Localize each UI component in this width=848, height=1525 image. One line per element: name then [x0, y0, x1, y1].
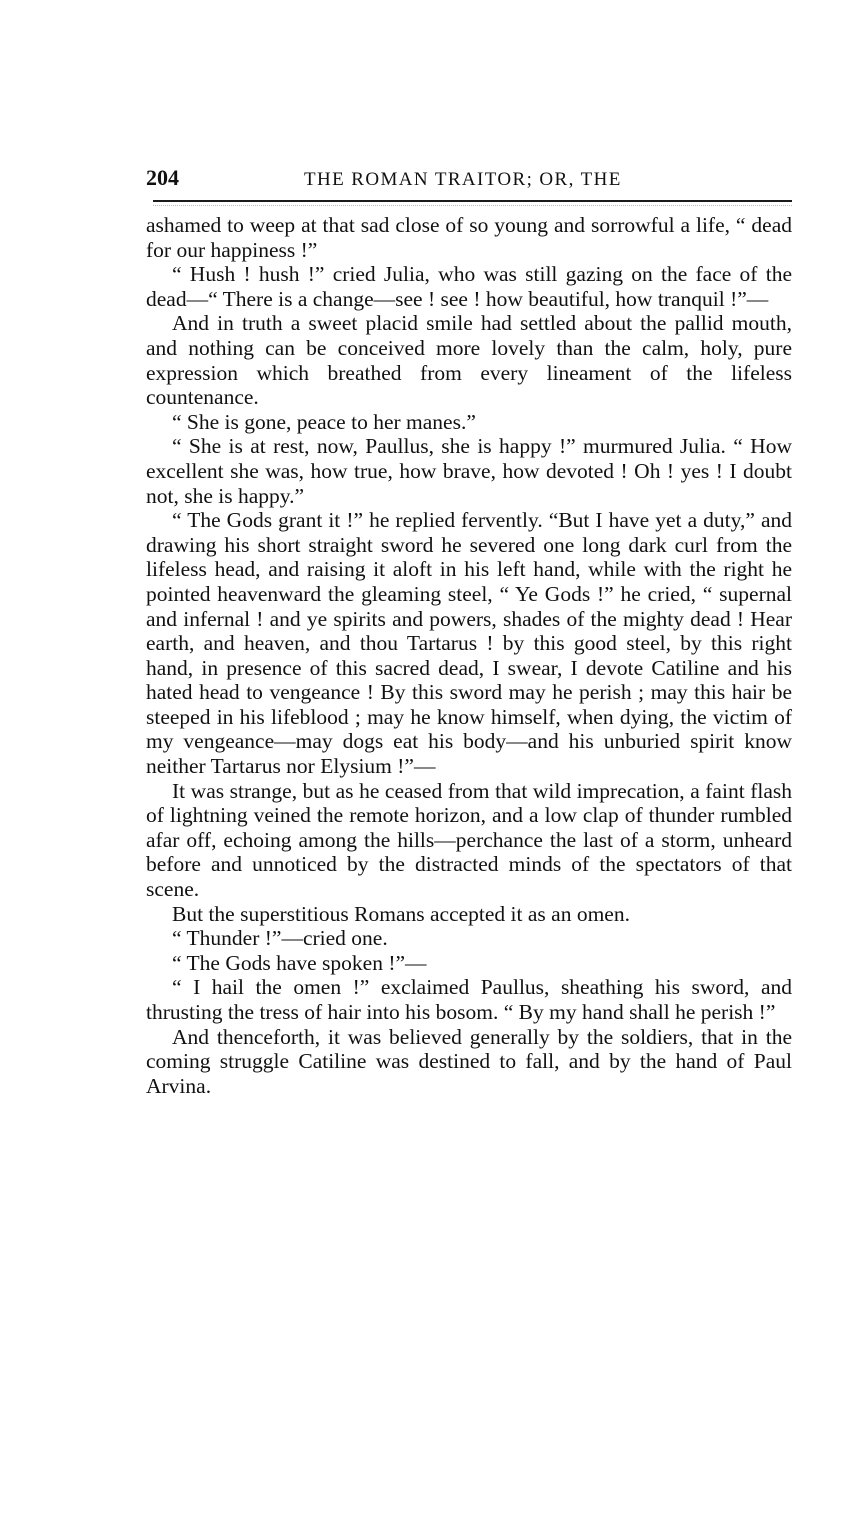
- paragraph: But the superstitious Romans accepted it…: [146, 902, 792, 927]
- running-title: THE ROMAN TRAITOR; OR, THE: [304, 169, 622, 191]
- paragraph-continuation: ashamed to weep at that sad close of so …: [146, 213, 792, 262]
- page-number: 204: [146, 165, 179, 191]
- header-rule-dots: [153, 205, 792, 207]
- paragraph: “ I hail the omen !” exclaimed Paullus, …: [146, 975, 792, 1024]
- running-head: 204 THE ROMAN TRAITOR; OR, THE: [146, 163, 792, 197]
- paragraph: “ She is at rest, now, Paullus, she is h…: [146, 434, 792, 508]
- paragraph: And in truth a sweet placid smile had se…: [146, 311, 792, 409]
- paragraph: “ Hush ! hush !” cried Julia, who was st…: [146, 262, 792, 311]
- paragraph: “ The Gods grant it !” he replied ferven…: [146, 508, 792, 779]
- paragraph: “ Thunder !”—cried one.: [146, 926, 792, 951]
- paragraph: “ The Gods have spoken !”—: [146, 951, 792, 976]
- header-rule: [153, 200, 792, 202]
- body-text: ashamed to weep at that sad close of so …: [146, 213, 792, 1098]
- paragraph: It was strange, but as he ceased from th…: [146, 779, 792, 902]
- paragraph: “ She is gone, peace to her manes.”: [146, 410, 792, 435]
- book-page: 204 THE ROMAN TRAITOR; OR, THE ashamed t…: [146, 163, 792, 197]
- paragraph: And thenceforth, it was believed general…: [146, 1025, 792, 1099]
